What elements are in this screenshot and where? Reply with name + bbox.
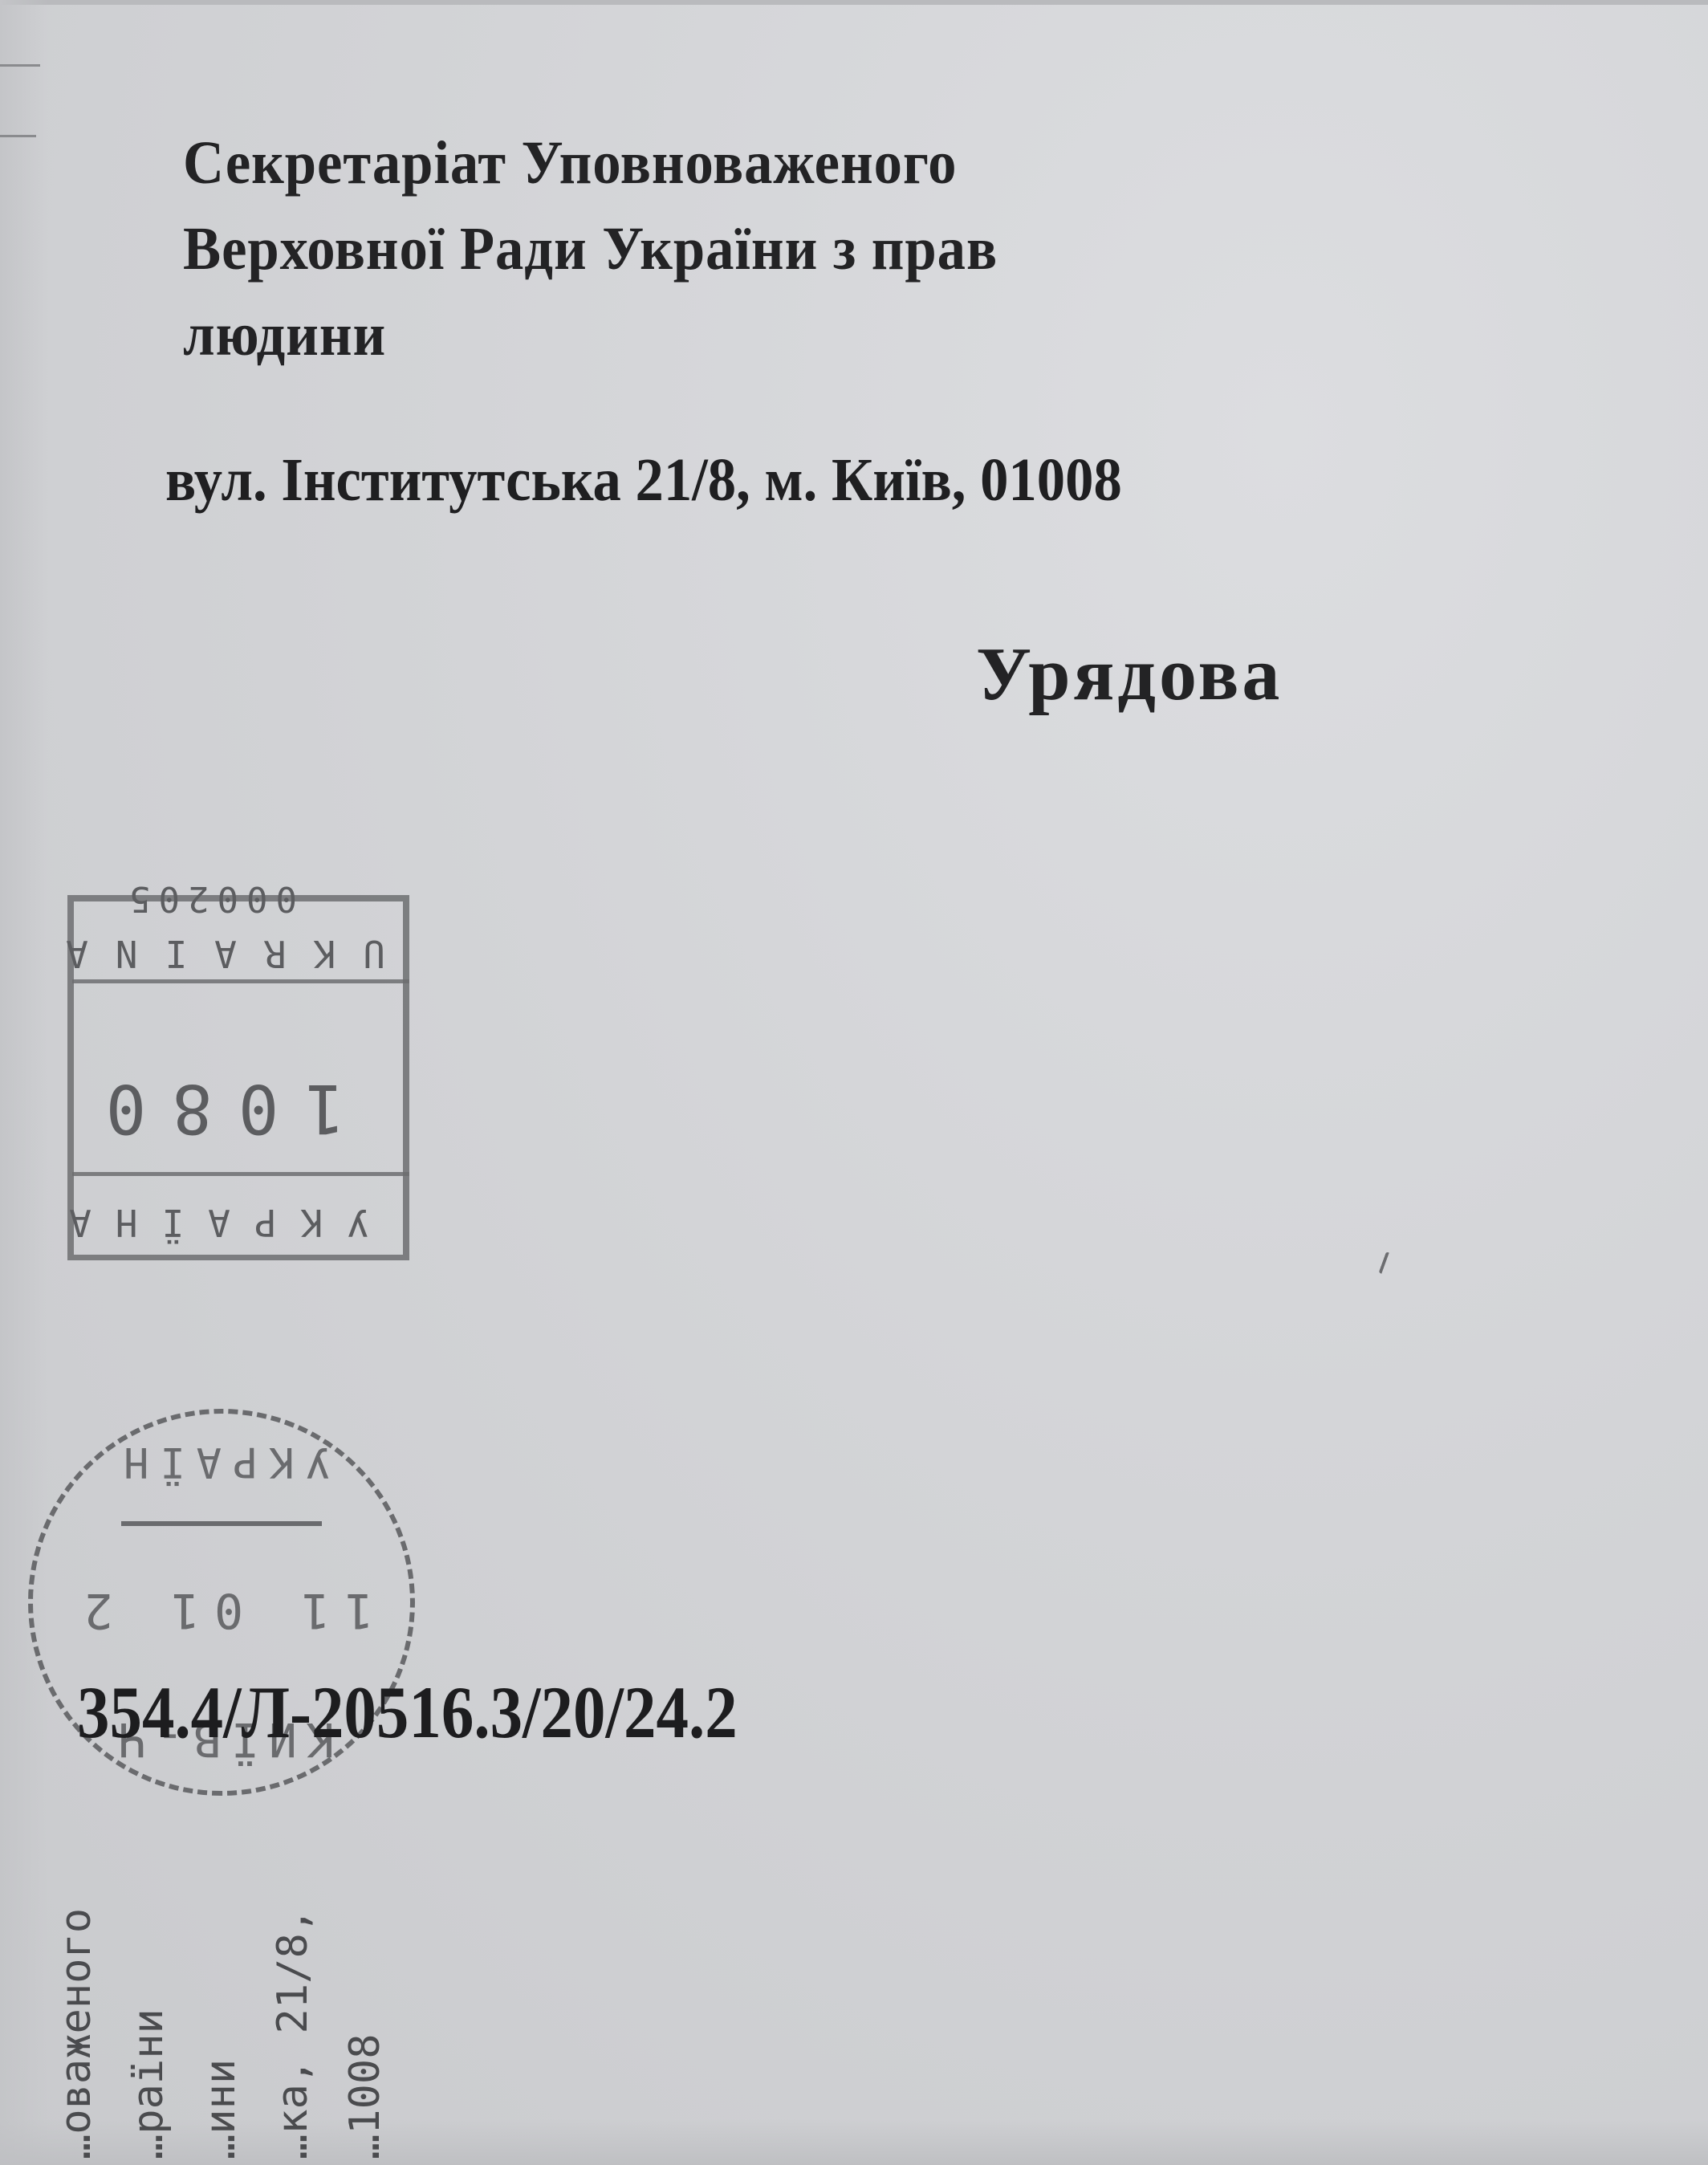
postmark-date: 11 01 2 — [33, 1582, 410, 1638]
sender-line: людини — [183, 292, 998, 378]
return-line: …оваженого — [40, 1838, 112, 2159]
edge-mark — [0, 135, 36, 137]
sender-address: вул. Інститутська 21/8, м. Київ, 01008 — [165, 440, 1122, 520]
stamp-divider — [72, 979, 409, 983]
postmark-bar — [121, 1521, 322, 1526]
stamp-divider — [72, 1172, 409, 1176]
return-line: …1008 — [329, 1838, 401, 2159]
return-line: …ка, 21/8, — [257, 1838, 329, 2159]
edge-mark — [0, 64, 40, 67]
sender-line: Секретаріат Уповноваженого — [183, 120, 998, 206]
stamp-top-label: УКРАЇНА — [45, 1201, 369, 1244]
stamp-code: 000205 — [121, 878, 297, 919]
postage-stamp: УКРАЇНА 1080 UKRAINA 000205 — [64, 867, 425, 1292]
return-line: …ини — [185, 1838, 257, 2159]
stamp-bottom-label: UKRAINA — [39, 932, 385, 975]
stamp-value: 1080 — [80, 1069, 345, 1148]
sender-name: Секретаріат Уповноваженого Верховної Рад… — [183, 120, 998, 378]
sender-line: Верховної Ради України з прав — [183, 206, 998, 292]
envelope-top-edge — [0, 0, 1708, 5]
return-line: …раїни — [112, 1838, 185, 2159]
rotated-return-address: …оваженого …раїни …ини …ка, 21/8, …1008 — [40, 1838, 425, 2159]
postmark-country: УКРАЇН — [33, 1438, 410, 1486]
reference-number: 354.4/Л-20516.3/20/24.2 — [77, 1668, 738, 1756]
mail-category: Урядова — [976, 630, 1283, 718]
